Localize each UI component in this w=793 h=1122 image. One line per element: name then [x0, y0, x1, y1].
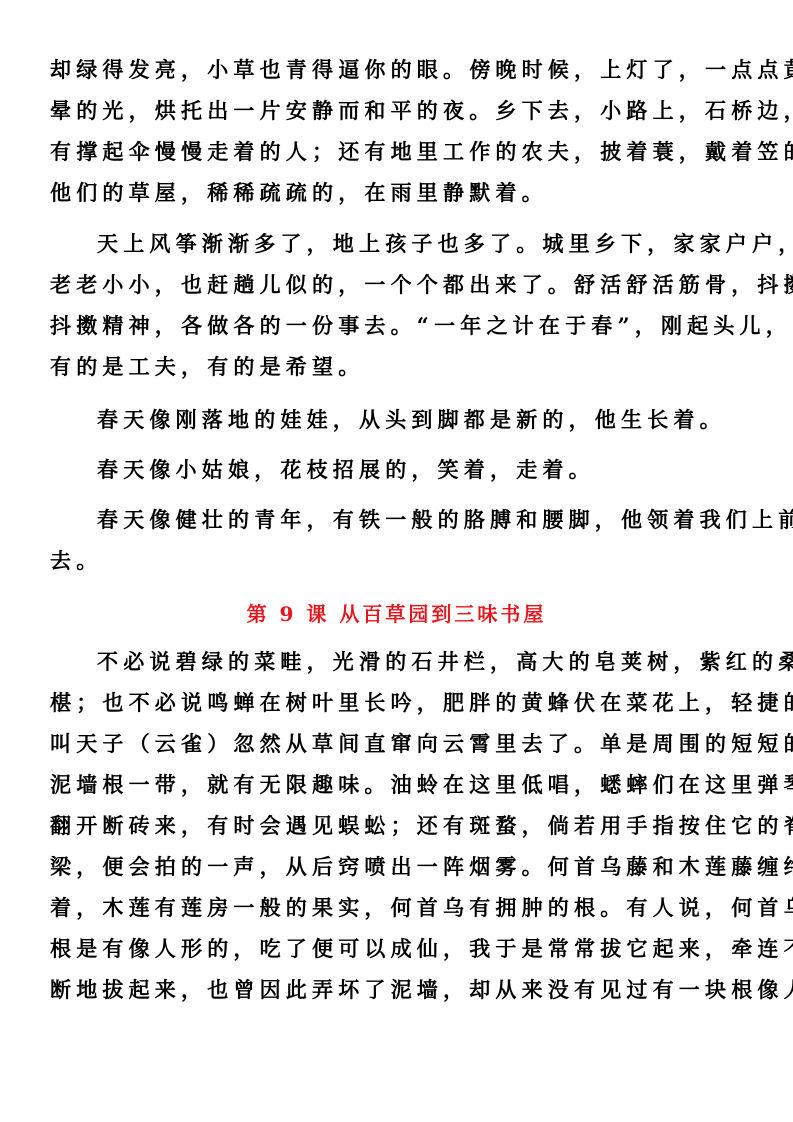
lesson-title: 第 9 课 从百草园到三味书屋	[0, 598, 793, 627]
text-line: 断地拔起来，也曾因此弄坏了泥墙，却从来没有见过有一块根像人	[50, 977, 793, 1003]
text-line: 却绿得发亮，小草也青得逼你的眼。傍晚时候，上灯了，一点点黄	[50, 57, 793, 83]
text-line: 翻开断砖来，有时会遇见蜈蚣；还有斑蝥，倘若用手指按住它的脊	[50, 813, 793, 839]
text-line: 叫天子（云雀）忽然从草间直窜向云霄里去了。单是周围的短短的	[50, 731, 793, 757]
text-line: 春天像健壮的青年，有铁一般的胳膊和腰脚，他领着我们上前	[97, 507, 793, 533]
text-line: 着，木莲有莲房一般的果实，何首乌有拥肿的根。有人说，何首乌	[50, 895, 793, 921]
text-line: 不必说碧绿的菜畦，光滑的石井栏，高大的皂荚树，紫红的桑	[97, 649, 793, 675]
text-line: 去。	[50, 548, 102, 574]
text-line: 他们的草屋，稀稀疏疏的，在雨里静默着。	[50, 180, 548, 206]
text-line: 晕的光，烘托出一片安静而和平的夜。乡下去，小路上，石桥边，	[50, 98, 793, 124]
text-line: 天上风筝渐渐多了，地上孩子也多了。城里乡下，家家户户，	[97, 231, 793, 257]
text-line: 春天像小姑娘，花枝招展的，笑着，走着。	[97, 457, 595, 483]
text-line: 椹；也不必说鸣蝉在树叶里长吟，肥胖的黄蜂伏在菜花上，轻捷的	[50, 690, 793, 716]
document-page: 却绿得发亮，小草也青得逼你的眼。傍晚时候，上灯了，一点点黄 晕的光，烘托出一片安…	[0, 0, 793, 1122]
text-line: 梁，便会拍的一声，从后窍喷出一阵烟雾。何首乌藤和木莲藤缠络	[50, 854, 793, 880]
text-line: 泥墙根一带，就有无限趣味。油蛉在这里低唱，蟋蟀们在这里弹琴。	[50, 772, 793, 798]
text-line: 根是有像人形的，吃了便可以成仙，我于是常常拔它起来，牵连不	[50, 936, 793, 962]
text-line: 有撑起伞慢慢走着的人；还有地里工作的农夫，披着蓑，戴着笠的。	[50, 139, 793, 165]
text-line: 春天像刚落地的娃娃，从头到脚都是新的，他生长着。	[97, 407, 726, 433]
text-line: 老老小小，也赶趟儿似的，一个个都出来了。舒活舒活筋骨，抖擞	[50, 272, 793, 298]
text-line: 抖擞精神，各做各的一份事去。“一年之计在于春”，刚起头儿，	[50, 313, 792, 339]
text-line: 有的是工夫，有的是希望。	[50, 354, 364, 380]
